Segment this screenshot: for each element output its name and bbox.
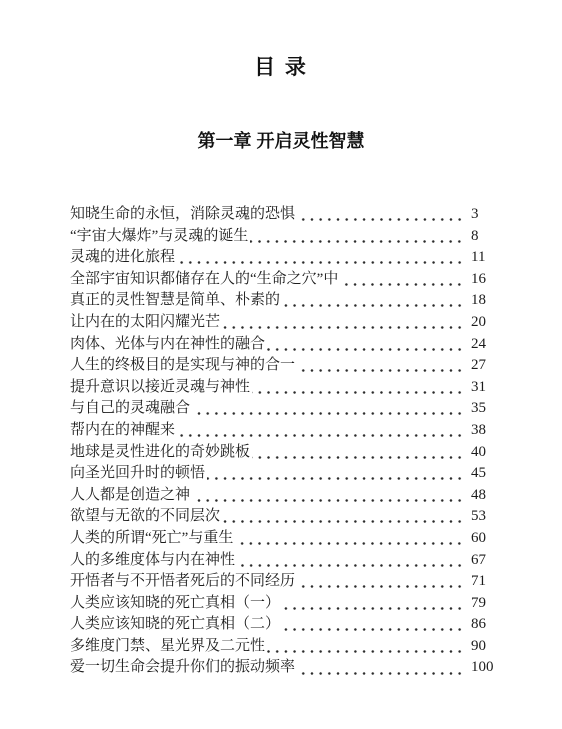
toc-entry: 真正的灵性智慧是简单、朴素的 18: [70, 290, 505, 312]
toc-entry-page-number: 24: [465, 334, 505, 356]
toc-entry-title: 地球是灵性进化的奇妙跳板: [70, 442, 250, 464]
toc-entry-page-number: 90: [465, 636, 505, 658]
toc-entry-page-number: 45: [465, 463, 505, 485]
toc-entry-title: 知晓生命的永恒，消除灵魂的恐惧: [70, 204, 295, 226]
toc-entry-page-number: 53: [465, 506, 505, 528]
toc-entry: 与自己的灵魂融合 35: [70, 398, 505, 420]
toc-entry: 人人都是创造之神 48: [70, 485, 505, 507]
toc-entry: 爱一切生命会提升你们的振动频率 100: [70, 657, 505, 679]
dot-leader: [267, 636, 465, 658]
dot-leader: [177, 247, 465, 269]
dot-leader: [250, 226, 465, 248]
toc-entry-page-number: 20: [465, 312, 505, 334]
toc-entry-title: 与自己的灵魂融合: [70, 398, 190, 420]
toc-entry: 人类应该知晓的死亡真相（一） 79: [70, 593, 505, 615]
toc-entry-title: 人人都是创造之神: [70, 485, 190, 507]
dot-leader: [222, 506, 465, 528]
toc-entry: 提升意识以接近灵魂与神性 31: [70, 377, 505, 399]
toc-entry: 向圣光回升时的顿悟 45: [70, 463, 505, 485]
dot-leader: [297, 571, 465, 593]
dot-leader: [282, 290, 465, 312]
toc-entry-title: 帮内在的神醒来: [70, 420, 175, 442]
toc-entry-title: 人类的所谓“死亡”与重生: [70, 528, 233, 550]
toc-entry-page-number: 48: [465, 485, 505, 507]
toc-entry-title: 多维度门禁、星光界及二元性: [70, 636, 265, 658]
toc-entry-title: “宇宙大爆炸”与灵魂的诞生: [70, 226, 248, 248]
dot-leader: [282, 593, 465, 615]
toc-entry-title: 向圣光回升时的顿悟: [70, 463, 205, 485]
toc-entry-page-number: 11: [465, 247, 505, 269]
toc-entry-page-number: 79: [465, 593, 505, 615]
toc-entry: 人生的终极目的是实现与神的合一 27: [70, 355, 505, 377]
toc-entry: 开悟者与不开悟者死后的不同经历 71: [70, 571, 505, 593]
toc-entry-page-number: 60: [465, 528, 505, 550]
toc-entry-page-number: 100: [465, 657, 505, 679]
dot-leader: [297, 204, 465, 226]
toc-entry: 让内在的太阳闪耀光芒 20: [70, 312, 505, 334]
dot-leader: [207, 463, 465, 485]
toc-entry: 地球是灵性进化的奇妙跳板 40: [70, 442, 505, 464]
toc-entry-title: 开悟者与不开悟者死后的不同经历: [70, 571, 295, 593]
toc-entry: 灵魂的进化旅程 11: [70, 247, 505, 269]
toc-entry-page-number: 86: [465, 614, 505, 636]
dot-leader: [192, 485, 465, 507]
toc-entry-page-number: 40: [465, 442, 505, 464]
toc-list: 知晓生命的永恒，消除灵魂的恐惧 3 “宇宙大爆炸”与灵魂的诞生 8 灵魂的进化旅…: [0, 204, 562, 679]
toc-entry: 多维度门禁、星光界及二元性 90: [70, 636, 505, 658]
toc-entry-page-number: 16: [465, 269, 505, 291]
toc-entry-title: 爱一切生命会提升你们的振动频率: [70, 657, 295, 679]
dot-leader: [252, 442, 465, 464]
dot-leader: [297, 657, 465, 679]
toc-entry-page-number: 38: [465, 420, 505, 442]
toc-entry: 欲望与无欲的不同层次 53: [70, 506, 505, 528]
dot-leader: [297, 355, 465, 377]
toc-entry: 人的多维度体与内在神性 67: [70, 550, 505, 572]
toc-entry-page-number: 8: [465, 226, 505, 248]
toc-entry-page-number: 18: [465, 290, 505, 312]
dot-leader: [235, 528, 465, 550]
toc-entry-title: 真正的灵性智慧是简单、朴素的: [70, 290, 280, 312]
dot-leader: [252, 377, 465, 399]
toc-entry-page-number: 3: [465, 204, 505, 226]
toc-page: 目 录 第一章 开启灵性智慧 知晓生命的永恒，消除灵魂的恐惧 3 “宇宙大爆炸”…: [0, 0, 562, 729]
toc-entry-title: 人类应该知晓的死亡真相（二）: [70, 614, 280, 636]
toc-entry: 人类应该知晓的死亡真相（二） 86: [70, 614, 505, 636]
dot-leader: [267, 334, 465, 356]
toc-entry-page-number: 31: [465, 377, 505, 399]
toc-entry-title: 欲望与无欲的不同层次: [70, 506, 220, 528]
toc-entry-title: 全部宇宙知识都储存在人的“生命之穴”中: [70, 269, 338, 291]
toc-entry-title: 灵魂的进化旅程: [70, 247, 175, 269]
toc-entry: 帮内在的神醒来 38: [70, 420, 505, 442]
dot-leader: [177, 420, 465, 442]
toc-entry-title: 人的多维度体与内在神性: [70, 550, 235, 572]
toc-entry-title: 人生的终极目的是实现与神的合一: [70, 355, 295, 377]
toc-entry: “宇宙大爆炸”与灵魂的诞生 8: [70, 226, 505, 248]
dot-leader: [222, 312, 465, 334]
dot-leader: [237, 550, 465, 572]
toc-entry: 肉体、光体与内在神性的融合 24: [70, 334, 505, 356]
toc-entry-title: 人类应该知晓的死亡真相（一）: [70, 593, 280, 615]
toc-entry-page-number: 71: [465, 571, 505, 593]
toc-entry-page-number: 35: [465, 398, 505, 420]
toc-entry: 人类的所谓“死亡”与重生 60: [70, 528, 505, 550]
page-title: 目 录: [0, 0, 562, 79]
toc-entry-page-number: 67: [465, 550, 505, 572]
toc-entry: 知晓生命的永恒，消除灵魂的恐惧 3: [70, 204, 505, 226]
dot-leader: [282, 614, 465, 636]
toc-entry: 全部宇宙知识都储存在人的“生命之穴”中 16: [70, 269, 505, 291]
toc-entry-page-number: 27: [465, 355, 505, 377]
dot-leader: [340, 269, 465, 291]
toc-entry-title: 提升意识以接近灵魂与神性: [70, 377, 250, 399]
dot-leader: [192, 398, 465, 420]
toc-entry-title: 肉体、光体与内在神性的融合: [70, 334, 265, 356]
toc-entry-title: 让内在的太阳闪耀光芒: [70, 312, 220, 334]
chapter-heading: 第一章 开启灵性智慧: [0, 131, 562, 151]
